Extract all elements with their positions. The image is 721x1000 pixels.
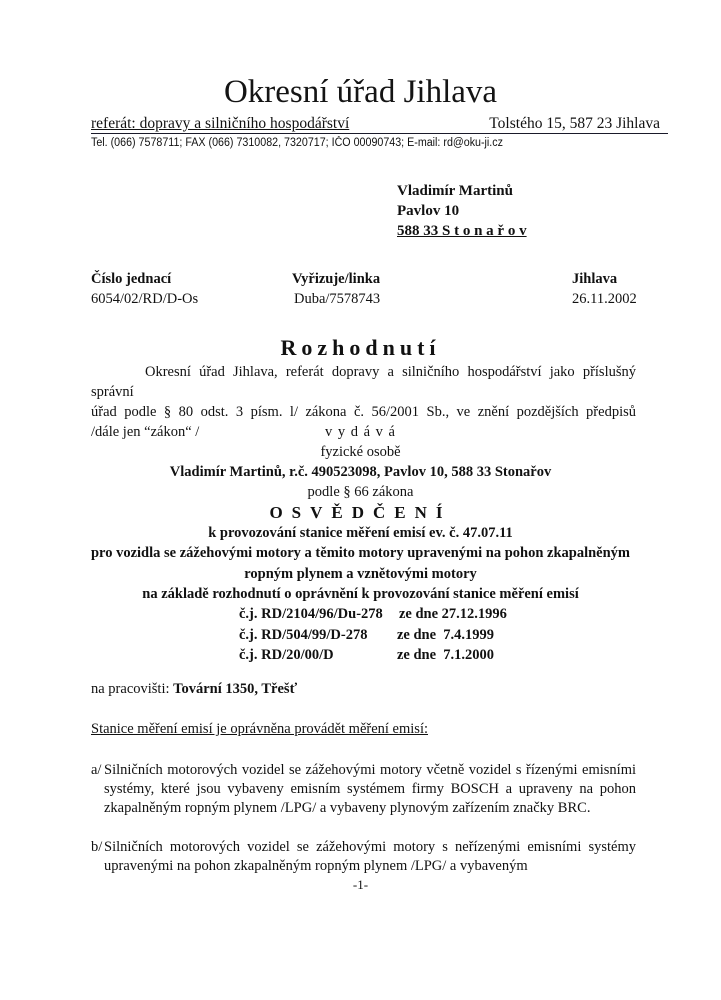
item-text: Silničních motorových vozidel se zážehov… bbox=[104, 838, 636, 876]
vehicles-line-2: ropným plynem a vznětovými motory bbox=[0, 566, 721, 583]
date-value: 26.11.2002 bbox=[572, 291, 637, 308]
reference-date: ze dne 27.12.1996 bbox=[399, 606, 507, 623]
contact-line: Tel. (066) 7578711; FAX (066) 7310082, 7… bbox=[91, 137, 503, 149]
vehicles-line-1: pro vozidla se zážehovými motory a těmit… bbox=[0, 545, 721, 562]
recipient-name: Vladimír Martinů bbox=[397, 183, 513, 200]
authorization-item-b: b/ Silničních motorových vozidel se záže… bbox=[91, 838, 636, 876]
recipient-city: 588 33 S t o n a ř o v bbox=[397, 223, 527, 240]
cert-purpose: k provozování stanice měření emisí ev. č… bbox=[0, 525, 721, 542]
intro-line-1: Okresní úřad Jihlava, referát dopravy a … bbox=[91, 364, 636, 400]
ref-value: 6054/02/RD/D-Os bbox=[91, 291, 198, 308]
authorization-heading: Stanice měření emisí je oprávněna provád… bbox=[91, 721, 428, 738]
office-address: Tolstého 15, 587 23 Jihlava bbox=[489, 115, 660, 133]
reference-date: ze dne 7.4.1999 bbox=[397, 627, 494, 644]
certificate-heading: OSVĚDČENÍ bbox=[0, 503, 721, 523]
ref-label: Číslo jednací bbox=[91, 271, 171, 288]
intro-line-2: úřad podle § 80 odst. 3 písm. l/ zákona … bbox=[91, 402, 636, 422]
workplace-line: na pracovišti: Tovární 1350, Třešť bbox=[91, 681, 297, 698]
department-name: referát: dopravy a silničního hospodářst… bbox=[91, 115, 349, 133]
person-line: Vladimír Martinů, r.č. 490523098, Pavlov… bbox=[0, 464, 721, 481]
reference-number: č.j. RD/2104/96/Du-278 bbox=[239, 606, 383, 623]
handler-label: Vyřizuje/linka bbox=[292, 271, 380, 288]
workplace-label: na pracovišti: bbox=[91, 681, 173, 697]
authorization-item-a: a/ Silničních motorových vozidel se záže… bbox=[91, 761, 636, 818]
decision-heading: Rozhodnutí bbox=[0, 335, 721, 361]
to-person: fyzické osobě bbox=[0, 444, 721, 461]
page-number: -1- bbox=[0, 877, 721, 893]
item-marker: b/ bbox=[91, 838, 102, 857]
item-marker: a/ bbox=[91, 761, 101, 780]
issues-text: v y d á v á bbox=[0, 424, 721, 441]
reference-date: ze dne 7.1.2000 bbox=[397, 647, 494, 664]
place-label: Jihlava bbox=[572, 271, 617, 288]
item-text: Silničních motorových vozidel se zážehov… bbox=[104, 761, 636, 818]
per-law: podle § 66 zákona bbox=[0, 484, 721, 501]
letterhead-rule: referát: dopravy a silničního hospodářst… bbox=[91, 113, 668, 134]
reference-number: č.j. RD/504/99/D-278 bbox=[239, 627, 367, 644]
reference-number: č.j. RD/20/00/D bbox=[239, 647, 334, 664]
recipient-street: Pavlov 10 bbox=[397, 203, 459, 220]
workplace-value: Tovární 1350, Třešť bbox=[173, 681, 297, 697]
handler-value: Duba/7578743 bbox=[294, 291, 380, 308]
office-title: Okresní úřad Jihlava bbox=[0, 74, 721, 111]
basis-line: na základě rozhodnutí o oprávnění k prov… bbox=[0, 586, 721, 603]
